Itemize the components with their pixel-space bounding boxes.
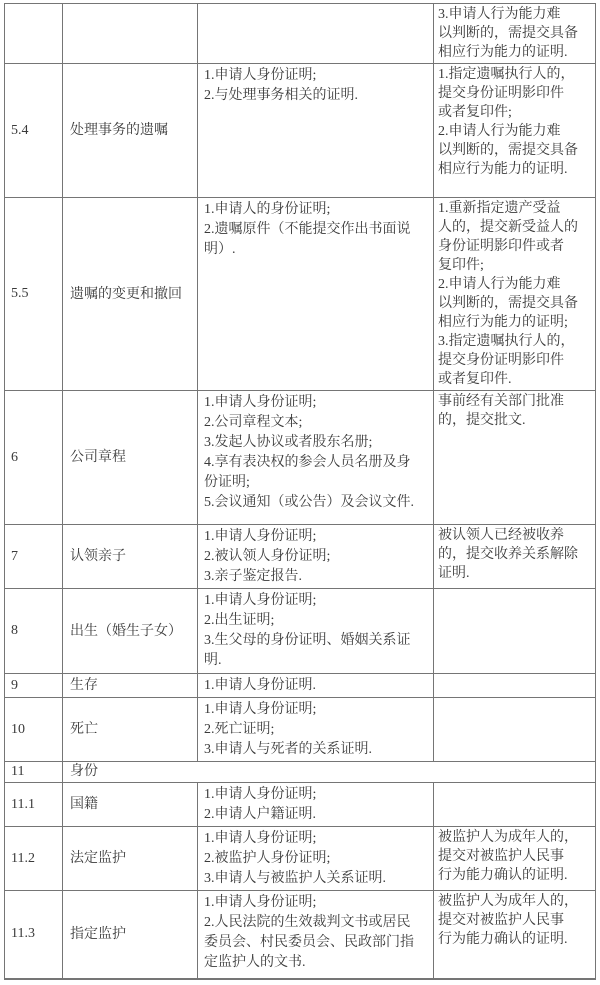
table-row: 5.5 遗嘱的变更和撤回 1.申请人的身份证明; 2.遗嘱原件（不能提交作出书面… — [5, 198, 596, 391]
notes-cell — [434, 674, 596, 698]
section-row: 11 身份 — [5, 762, 596, 783]
documents-cell: 1.申请人身份证明; 2.人民法院的生效裁判文书或居民 委员会、村民委员会、民政… — [198, 891, 434, 979]
notes-cell: 1.指定遗嘱执行人的， 提交身份证明影印件 或者复印件; 2.申请人行为能力难 … — [434, 64, 596, 198]
notes-cell — [434, 589, 596, 674]
notes-cell: 3.申请人行为能力难 以判断的，需提交具备 相应行为能力的证明. — [434, 4, 596, 64]
notes-cell: 被监护人为成年人的， 提交对被监护人民事 行为能力确认的证明. — [434, 827, 596, 891]
row-number-cell: 9 — [5, 674, 63, 698]
section-title-cell: 身份 — [63, 762, 596, 783]
item-name-cell: 死亡 — [63, 698, 198, 762]
table-row: 11.2 法定监护 1.申请人身份证明; 2.被监护人身份证明; 3.申请人与被… — [5, 827, 596, 891]
row-number-cell — [5, 4, 63, 64]
table-row: 11.3 指定监护 1.申请人身份证明; 2.人民法院的生效裁判文书或居民 委员… — [5, 891, 596, 979]
row-number-cell: 11.2 — [5, 827, 63, 891]
item-name-cell: 公司章程 — [63, 391, 198, 525]
item-name-cell: 认领亲子 — [63, 525, 198, 589]
table-row: 9 生存 1.申请人身份证明. — [5, 674, 596, 698]
row-number-cell: 11.3 — [5, 891, 63, 979]
notes-cell: 事前经有关部门批准 的，提交批文. — [434, 391, 596, 525]
row-number-cell: 8 — [5, 589, 63, 674]
documents-cell: 1.申请人身份证明; 2.公司章程文本; 3.发起人协议或者股东名册; 4.享有… — [198, 391, 434, 525]
item-name-cell: 出生（婚生子女） — [63, 589, 198, 674]
documents-cell: 1.申请人身份证明; 2.死亡证明; 3.申请人与死者的关系证明. — [198, 698, 434, 762]
table-row: 3.申请人行为能力难 以判断的，需提交具备 相应行为能力的证明. — [5, 4, 596, 64]
item-name-cell: 遗嘱的变更和撤回 — [63, 198, 198, 391]
document-page: 3.申请人行为能力难 以判断的，需提交具备 相应行为能力的证明. 5.4 处理事… — [0, 0, 600, 980]
item-name-cell: 生存 — [63, 674, 198, 698]
item-name-cell — [63, 4, 198, 64]
table-row: 11.1 国籍 1.申请人身份证明; 2.申请人户籍证明. — [5, 783, 596, 827]
notes-cell — [434, 698, 596, 762]
documents-cell: 1.申请人身份证明; 2.出生证明; 3.生父母的身份证明、婚姻关系证 明. — [198, 589, 434, 674]
row-number-cell: 10 — [5, 698, 63, 762]
table-row: 6 公司章程 1.申请人身份证明; 2.公司章程文本; 3.发起人协议或者股东名… — [5, 391, 596, 525]
documents-cell: 1.申请人身份证明; 2.与处理事务相关的证明. — [198, 64, 434, 198]
notes-cell: 被认领人已经被收养 的，提交收养关系解除 证明. — [434, 525, 596, 589]
documents-cell: 1.申请人身份证明; 2.被认领人身份证明; 3.亲子鉴定报告. — [198, 525, 434, 589]
notes-cell: 被监护人为成年人的， 提交对被监护人民事 行为能力确认的证明. — [434, 891, 596, 979]
documents-cell: 1.申请人身份证明; 2.申请人户籍证明. — [198, 783, 434, 827]
table-row: 8 出生（婚生子女） 1.申请人身份证明; 2.出生证明; 3.生父母的身份证明… — [5, 589, 596, 674]
table-row: 7 认领亲子 1.申请人身份证明; 2.被认领人身份证明; 3.亲子鉴定报告. … — [5, 525, 596, 589]
table-row: 10 死亡 1.申请人身份证明; 2.死亡证明; 3.申请人与死者的关系证明. — [5, 698, 596, 762]
item-name-cell: 国籍 — [63, 783, 198, 827]
documents-cell: 1.申请人的身份证明; 2.遗嘱原件（不能提交作出书面说 明）. — [198, 198, 434, 391]
row-number-cell: 11 — [5, 762, 63, 783]
notes-cell — [434, 783, 596, 827]
requirements-table: 3.申请人行为能力难 以判断的，需提交具备 相应行为能力的证明. 5.4 处理事… — [4, 3, 596, 980]
item-name-cell: 处理事务的遗嘱 — [63, 64, 198, 198]
row-number-cell: 7 — [5, 525, 63, 589]
item-name-cell: 法定监护 — [63, 827, 198, 891]
row-number-cell: 11.1 — [5, 783, 63, 827]
row-number-cell: 5.5 — [5, 198, 63, 391]
item-name-cell: 指定监护 — [63, 891, 198, 979]
notes-cell: 1.重新指定遗产受益 人的，提交新受益人的 身份证明影印件或者 复印件; 2.申… — [434, 198, 596, 391]
documents-cell — [198, 4, 434, 64]
row-number-cell: 5.4 — [5, 64, 63, 198]
row-number-cell: 6 — [5, 391, 63, 525]
table-row: 5.4 处理事务的遗嘱 1.申请人身份证明; 2.与处理事务相关的证明. 1.指… — [5, 64, 596, 198]
documents-cell: 1.申请人身份证明; 2.被监护人身份证明; 3.申请人与被监护人关系证明. — [198, 827, 434, 891]
documents-cell: 1.申请人身份证明. — [198, 674, 434, 698]
